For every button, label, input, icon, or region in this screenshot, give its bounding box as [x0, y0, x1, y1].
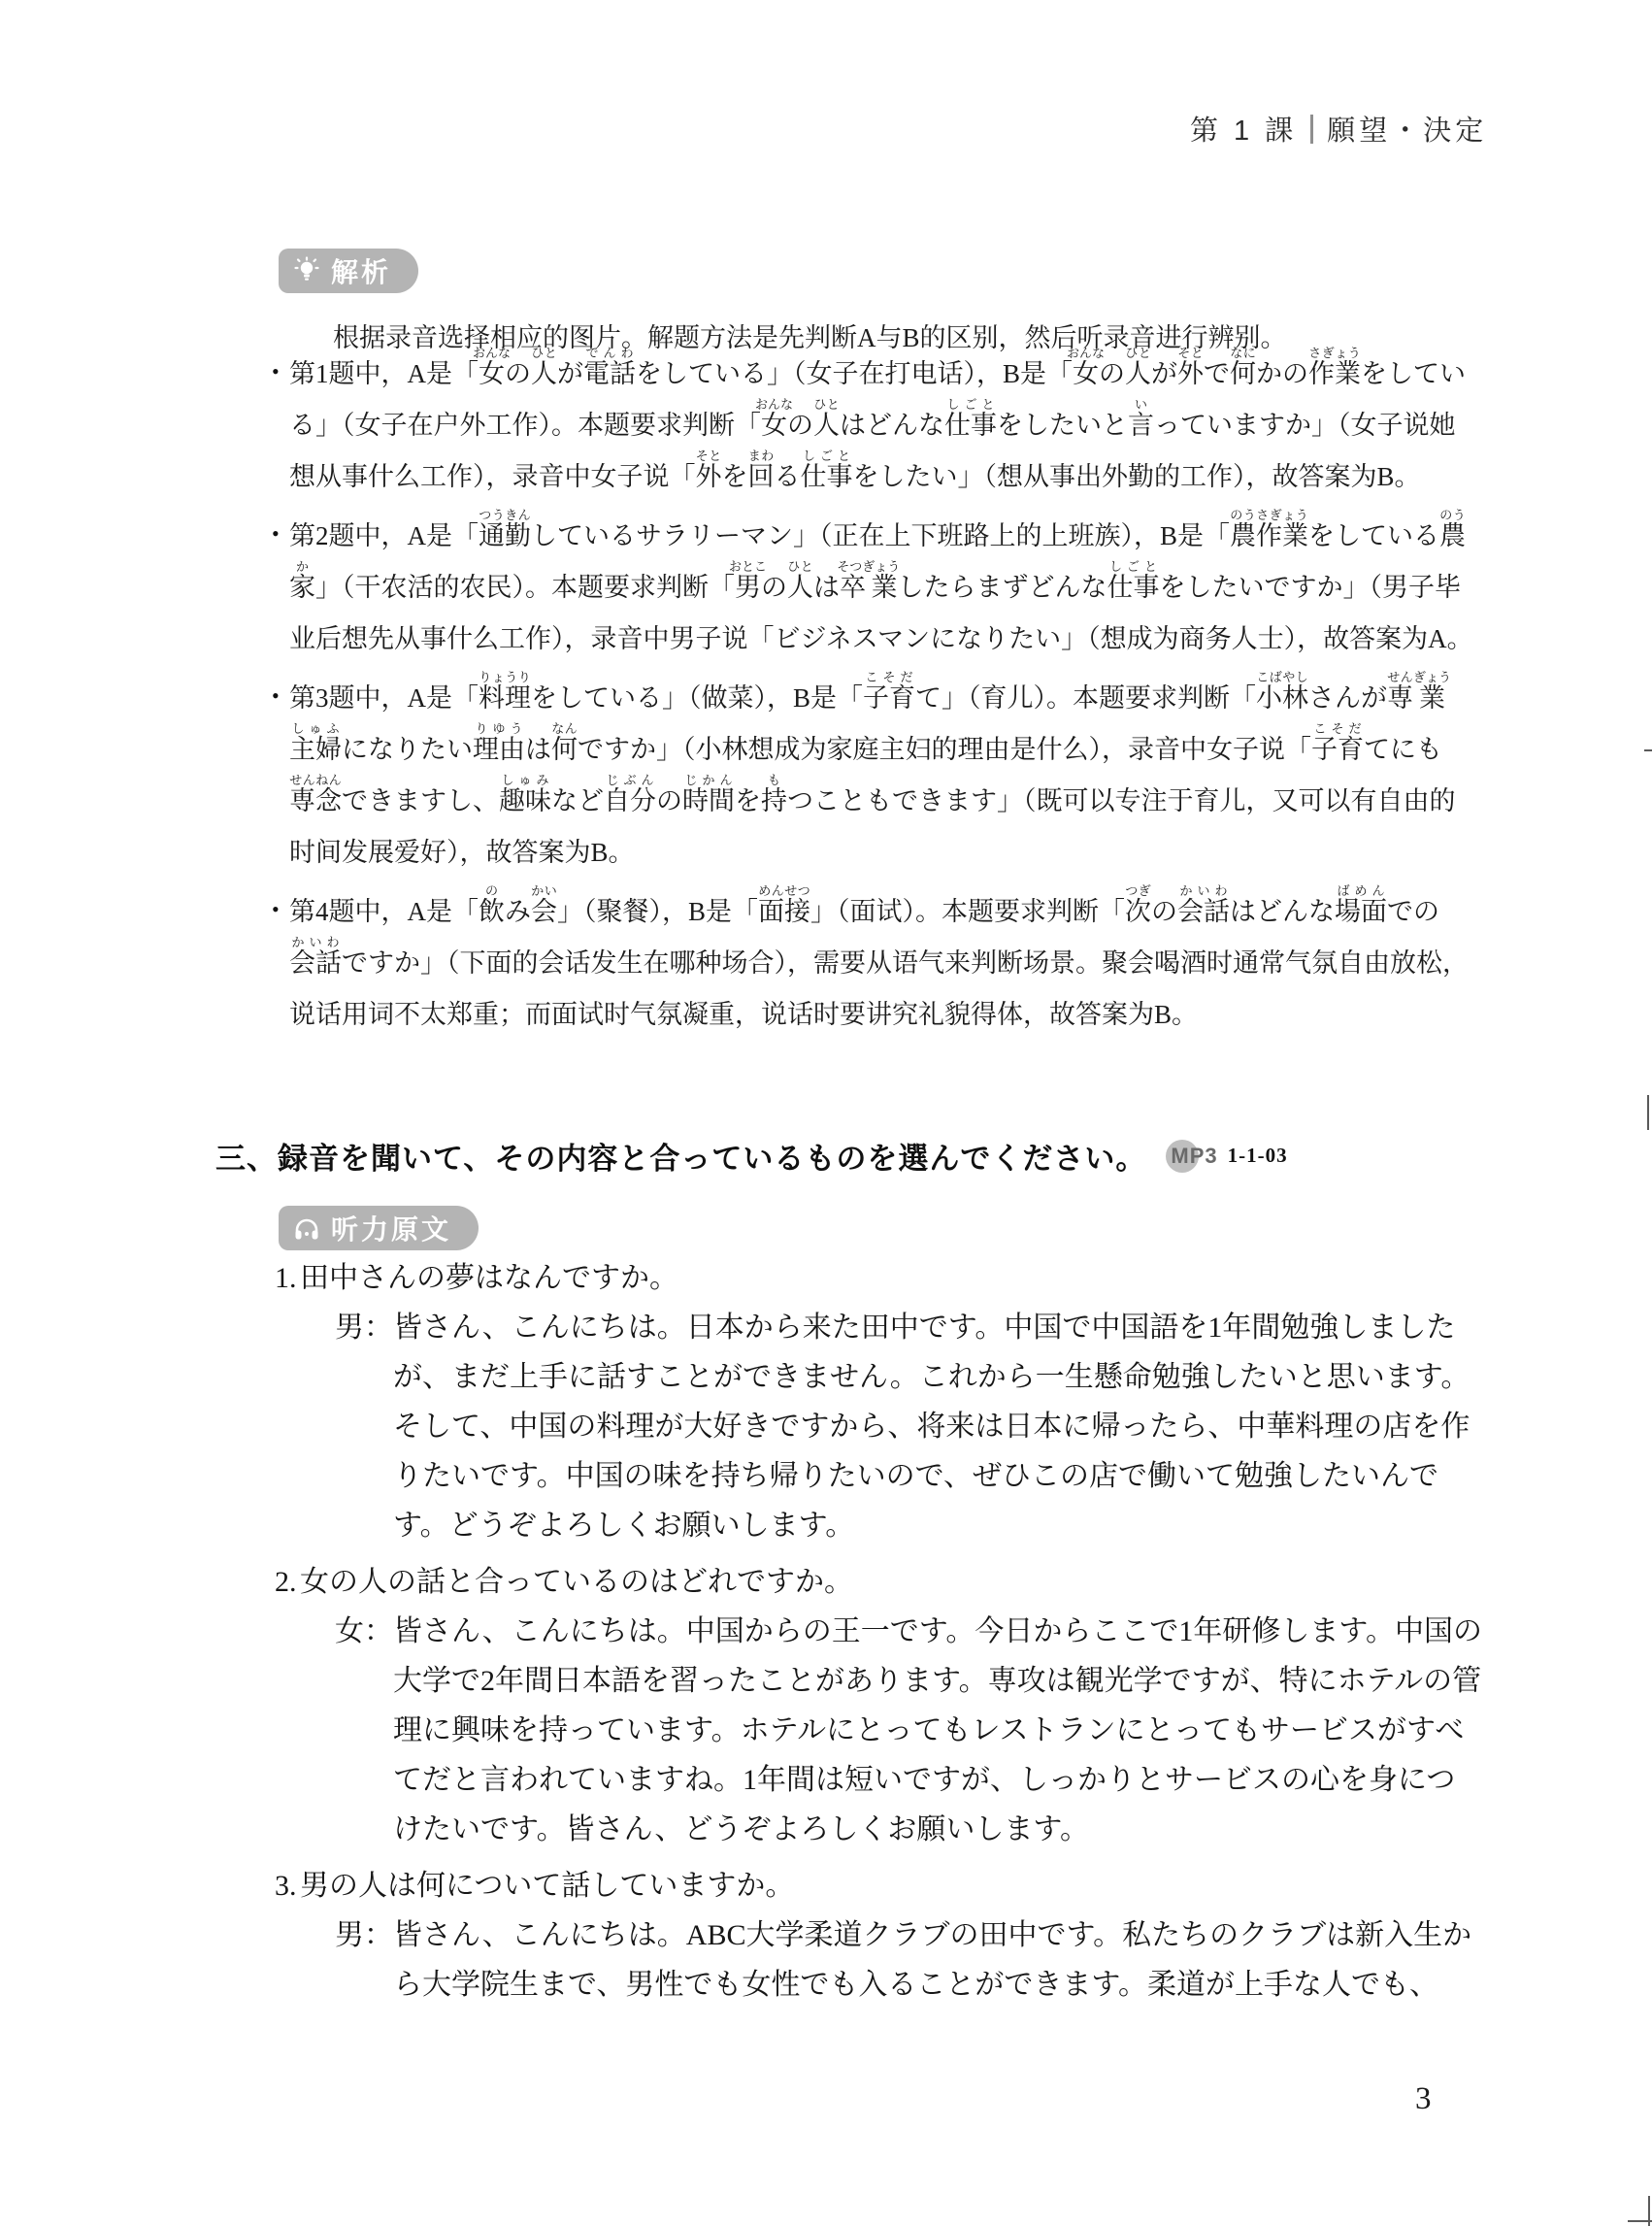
transcript-badge: 听力原文	[279, 1206, 479, 1250]
analysis-badge-label: 解析	[331, 251, 391, 290]
analysis-bullet-4-text: 第4题中，A是「飲のみ会かい」（聚餐），B是「面接めんせつ」（面试）。本题要求判…	[289, 897, 1469, 1029]
mp3-label: MP3	[1166, 1144, 1217, 1169]
dialogue-line: 女： 皆さん、こんにちは。中国からの王一です。今日からここで1年研修します。中国…	[335, 1607, 1482, 1854]
analysis-bullet-1: • 第1题中，A是「女おんなの人ひとが電話でんわをしている」（女子在打电话），B…	[274, 346, 1477, 503]
question-number: 2.	[275, 1560, 297, 1605]
dialogue-text: 皆さん、こんにちは。中国からの王一です。今日からここで1年研修します。中国の大学…	[393, 1615, 1482, 1845]
analysis-badge: 解析	[279, 249, 418, 293]
mp3-icon: MP3	[1166, 1139, 1217, 1174]
transcript-item-1: 1. 田中さんの夢はなんですか。 男： 皆さん、こんにちは。日本から来た田中です…	[279, 1256, 1482, 1550]
question-text: 田中さんの夢はなんですか。	[300, 1262, 678, 1294]
section-heading-text: 三、録音を聞いて、その内容と合っているものを選んでください。	[215, 1134, 1146, 1178]
section-heading: 三、録音を聞いて、その内容と合っているものを選んでください。 MP3 1-1-0…	[215, 1134, 1288, 1178]
analysis-bullet-4: • 第4题中，A是「飲のみ会かい」（聚餐），B是「面接めんせつ」（面试）。本题要…	[274, 883, 1477, 1041]
analysis-bullet-2-text: 第2题中，A是「通勤つうきんしているサラリーマン」（正在上下班路上的上班族），B…	[289, 521, 1473, 653]
running-head: 第 1 課 願望・決定	[1190, 109, 1487, 149]
lightbulb-icon	[292, 256, 321, 285]
transcript-list: 1. 田中さんの夢はなんですか。 男： 皆さん、こんにちは。日本から来た田中です…	[279, 1256, 1482, 2019]
bullet-marker: •	[272, 508, 280, 559]
bullet-marker: •	[272, 346, 280, 397]
bullet-marker: •	[272, 883, 280, 935]
analysis-bullet-1-text: 第1题中，A是「女おんなの人ひとが電話でんわをしている」（女子在打电话），B是「…	[289, 359, 1466, 491]
question-text: 女の人の話と合っているのはどれですか。	[300, 1566, 853, 1598]
analysis-bullet-3: • 第3题中，A是「料理りょうりをしている」（做菜），B是「子育こそだて」（育儿…	[274, 670, 1477, 879]
textbook-page: { "colors": { "badge_bg": "#b4b4b4", "te…	[0, 0, 1652, 2226]
speaker-label: 男：	[335, 1303, 393, 1352]
speaker-label: 男：	[335, 1910, 393, 1960]
lesson-number: 第 1 課	[1190, 109, 1297, 149]
crop-mark-corner-horizontal	[1628, 2220, 1652, 2222]
question-text: 男の人は何について話していますか。	[300, 1870, 794, 1902]
transcript-item-2: 2. 女の人の話と合っているのはどれですか。 女： 皆さん、こんにちは。中国から…	[279, 1560, 1482, 1854]
page-number: 3	[1415, 2081, 1432, 2117]
question-line: 2. 女の人の話と合っているのはどれですか。	[279, 1560, 1482, 1605]
dialogue-text: 皆さん、こんにちは。ABC大学柔道クラブの田中です。私たちのクラブは新入生から大…	[393, 1919, 1471, 2001]
transcript-item-3: 3. 男の人は何について話していますか。 男： 皆さん、こんにちは。ABC大学柔…	[279, 1864, 1482, 2010]
dialogue-line: 男： 皆さん、こんにちは。日本から来た田中です。中国で中国語を1年間勉強しました…	[335, 1303, 1482, 1550]
headphones-icon	[292, 1213, 321, 1243]
bullet-marker: •	[272, 670, 280, 721]
header-divider	[1310, 115, 1313, 144]
dialogue-text: 皆さん、こんにちは。日本から来た田中です。中国で中国語を1年間勉強しましたが、ま…	[393, 1312, 1470, 1542]
question-line: 3. 男の人は何について話していますか。	[279, 1864, 1482, 1909]
crop-mark-right-tick	[1647, 1095, 1649, 1130]
dialogue-line: 男： 皆さん、こんにちは。ABC大学柔道クラブの田中です。私たちのクラブは新入生…	[335, 1910, 1482, 2010]
question-number: 1.	[275, 1256, 297, 1301]
crop-mark-right-dash	[1644, 749, 1652, 751]
analysis-bullet-2: • 第2题中，A是「通勤つうきんしているサラリーマン」（正在上下班路上的上班族）…	[274, 508, 1477, 665]
question-line: 1. 田中さんの夢はなんですか。	[279, 1256, 1482, 1301]
analysis-bullet-list: • 第1题中，A是「女おんなの人ひとが電話でんわをしている」（女子在打电话），B…	[274, 346, 1477, 1046]
question-number: 3.	[275, 1864, 297, 1909]
speaker-label: 女：	[335, 1607, 393, 1656]
mp3-track-number: 1-1-03	[1228, 1144, 1288, 1168]
analysis-bullet-3-text: 第3题中，A是「料理りょうりをしている」（做菜），B是「子育こそだて」（育儿）。…	[289, 683, 1456, 867]
lesson-title: 願望・決定	[1327, 109, 1487, 149]
transcript-badge-label: 听力原文	[331, 1209, 451, 1247]
